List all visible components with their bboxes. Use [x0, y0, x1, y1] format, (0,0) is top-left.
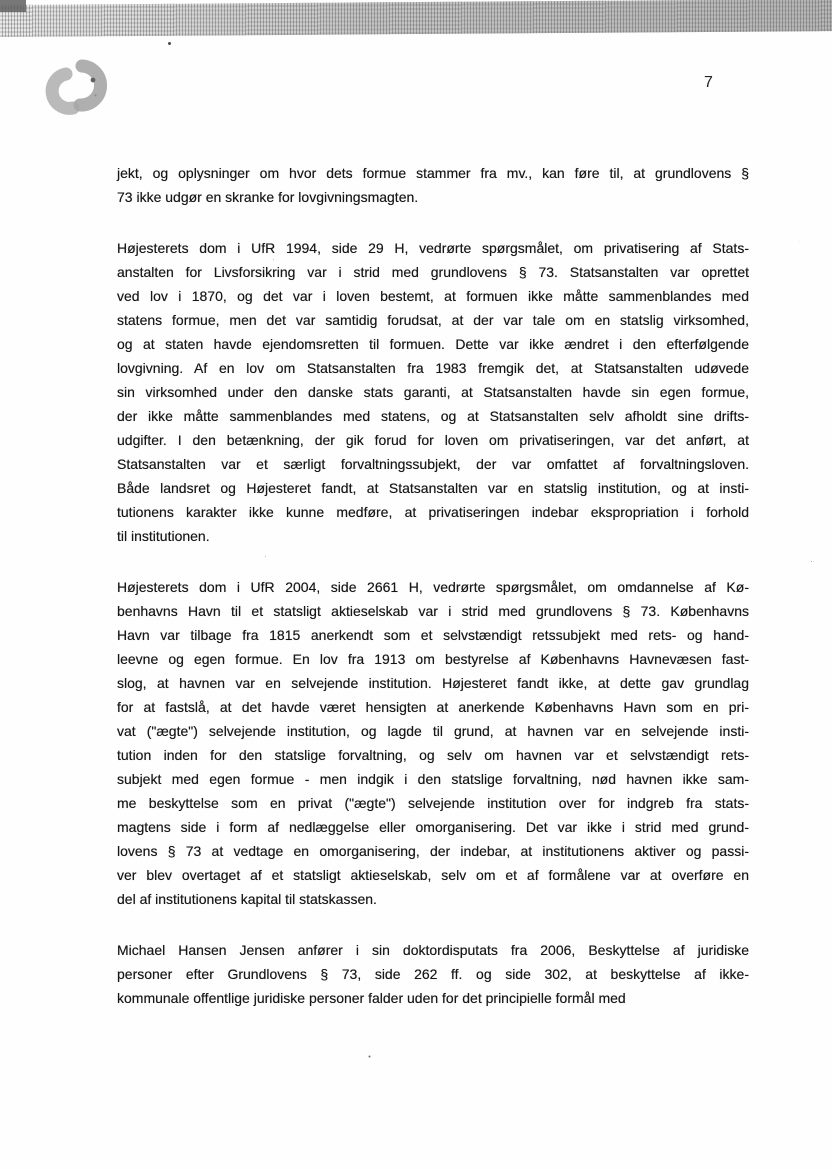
text-line: del af institutionens kapital til statsk… [117, 887, 749, 911]
document-body: jekt, og oplysninger om hvor dets formue… [117, 161, 749, 1037]
text-line: lovgivning. Af en lov om Statsanstalten … [117, 356, 749, 380]
text-line: leevne og egen formue. En lov fra 1913 o… [117, 647, 749, 671]
text-line: Havn var tilbage fra 1815 anerkendt som … [117, 623, 749, 647]
text-line: ved lov i 1870, og det var i loven beste… [117, 284, 749, 308]
text-line: Statsanstalten var et særligt forvaltnin… [117, 452, 749, 476]
text-line: Højesterets dom i UfR 1994, side 29 H, v… [117, 236, 749, 260]
text-line: vat ("ægte") selvejende institution, og … [117, 719, 749, 743]
text-line: benhavns Havn til et statsligt aktiesels… [117, 599, 749, 623]
text-line: anstalten for Livsforsikring var i strid… [117, 260, 749, 284]
text-line: udgifter. I den betænkning, der gik foru… [117, 428, 749, 452]
text-line: statens formue, men det var samtidig for… [117, 308, 749, 332]
text-line: for at fastslå, at det havde været hensi… [117, 695, 749, 719]
text-line: Michael Hansen Jensen anfører i sin dokt… [117, 938, 749, 962]
scanned-document-page: 7 jekt, og oplysninger om hvor dets form… [0, 0, 832, 1169]
text-line: personer efter Grundlovens § 73, side 26… [117, 962, 749, 986]
scan-artifact-band [0, 0, 832, 37]
text-line: Både landsret og Højesteret fandt, at St… [117, 476, 749, 500]
scan-corner-mark [0, 0, 26, 12]
text-line: jekt, og oplysninger om hvor dets formue… [117, 161, 749, 185]
paragraph: Højesterets dom i UfR 2004, side 2661 H,… [117, 575, 749, 911]
text-line: tutionens karakter ikke kunne medføre, a… [117, 500, 749, 524]
text-line: me beskyttelse som en privat ("ægte") se… [117, 791, 749, 815]
text-line: lovens § 73 at vedtage en omorganisering… [117, 839, 749, 863]
text-line: slog, at havnen var en selvejende instit… [117, 671, 749, 695]
text-line: der ikke måtte sammenblandes med statens… [117, 404, 749, 428]
paragraph: Michael Hansen Jensen anfører i sin dokt… [117, 938, 749, 1010]
text-line: kommunale offentlige juridiske personer … [117, 986, 749, 1010]
text-line: Højesterets dom i UfR 2004, side 2661 H,… [117, 575, 749, 599]
text-line: og at staten havde ejendomsretten til fo… [117, 332, 749, 356]
paragraph: jekt, og oplysninger om hvor dets formue… [117, 161, 749, 209]
text-line: 73 ikke udgør en skranke for lovgivnings… [117, 185, 749, 209]
text-line: magtens side i form af nedlæggelse eller… [117, 815, 749, 839]
paragraph: Højesterets dom i UfR 1994, side 29 H, v… [117, 236, 749, 548]
text-line: sin virksomhed under den danske stats ga… [117, 380, 749, 404]
text-line: tution inden for den statslige forvaltni… [117, 743, 749, 767]
stamp-logo-icon [36, 58, 116, 122]
text-line: subjekt med egen formue - men indgik i d… [117, 767, 749, 791]
page-number: 7 [704, 74, 713, 92]
text-line: til institutionen. [117, 524, 749, 548]
scan-specks [168, 42, 171, 45]
text-line: ver blev overtaget af et statsligt aktie… [117, 863, 749, 887]
